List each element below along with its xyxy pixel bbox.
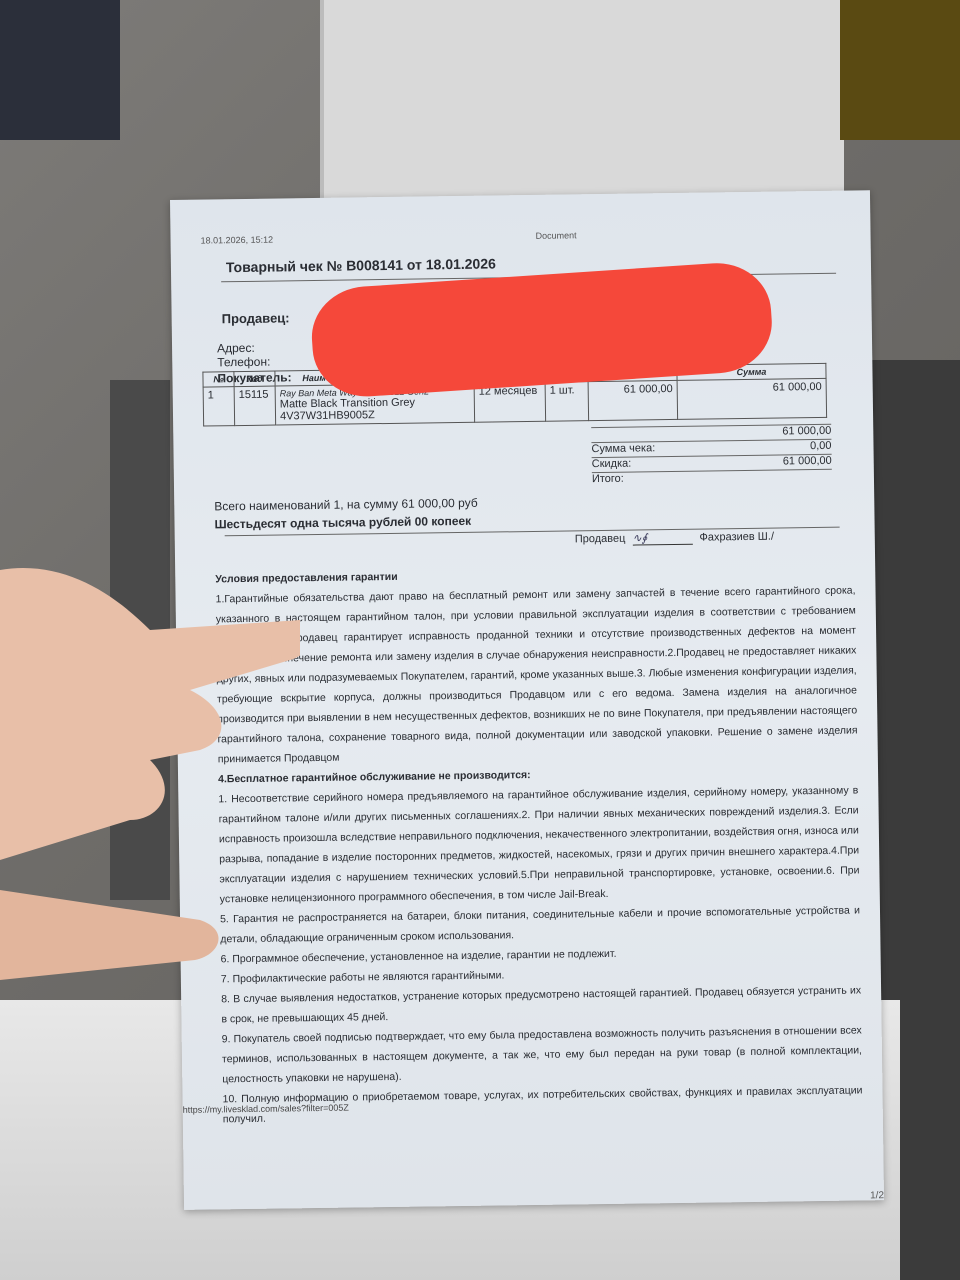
signature-icon: ∿∮ [632, 531, 692, 546]
page-number: 1/2 [870, 1190, 884, 1201]
print-datetime: 18.01.2026, 15:12 [200, 235, 273, 246]
col-header: Код [234, 371, 275, 387]
background-laptop [110, 380, 170, 900]
row-price: 61 000,00 [588, 380, 678, 420]
total-label: Сумма чека: [591, 442, 655, 455]
total-label: Скидка: [592, 458, 632, 471]
terms-item: 9. Покупатель своей подписью подтверждае… [222, 1020, 863, 1089]
row-qty: 1 шт. [545, 382, 589, 422]
terms-paragraph: 1. Несоответствие серийного номера предъ… [218, 780, 860, 909]
background-object [0, 0, 120, 140]
background-object [840, 0, 960, 140]
terms-paragraph: 1.Гарантийные обязательства дают право н… [215, 580, 857, 769]
amount-in-words: Шестьдесят одна тысяча рублей 00 копеек [214, 514, 471, 532]
warranty-terms: Условия предоставления гарантии 1.Гарант… [215, 560, 863, 1129]
col-header: № [203, 372, 234, 387]
total-value: 0,00 [810, 440, 832, 452]
receipt-paper: 18.01.2026, 15:12 Document Товарный чек … [170, 190, 884, 1210]
name-line: 4V37W31HB9005Z [280, 408, 470, 423]
total-row: Скидка:61 000,00 [592, 454, 832, 470]
total-row: Сумма чека:0,00 [591, 439, 831, 455]
header-label: Document [535, 230, 576, 241]
total-label: Итого: [592, 473, 624, 485]
seller-label: Продавец: [222, 310, 290, 326]
items-summary: Всего наименований 1, на сумму 61 000,00… [214, 496, 478, 514]
receipt-title: Товарный чек № B008141 от 18.01.2026 [226, 255, 496, 275]
row-sum: 61 000,00 [677, 378, 827, 419]
total-row: 61 000,00 [591, 424, 831, 440]
row-code: 15115 [234, 386, 276, 426]
total-value: 61 000,00 [783, 455, 832, 468]
seller-sign-label: Продавец [575, 533, 626, 546]
address-label: Адрес: [217, 341, 255, 356]
total-row: Итого: [592, 469, 832, 485]
seller-signature: Продавец ∿∮ Фахразиев Ш./ [575, 530, 774, 547]
row-no: 1 [203, 387, 235, 426]
seller-name: Фахразиев Ш./ [699, 531, 774, 544]
total-value: 61 000,00 [782, 425, 831, 438]
phone-label: Телефон: [217, 355, 270, 370]
